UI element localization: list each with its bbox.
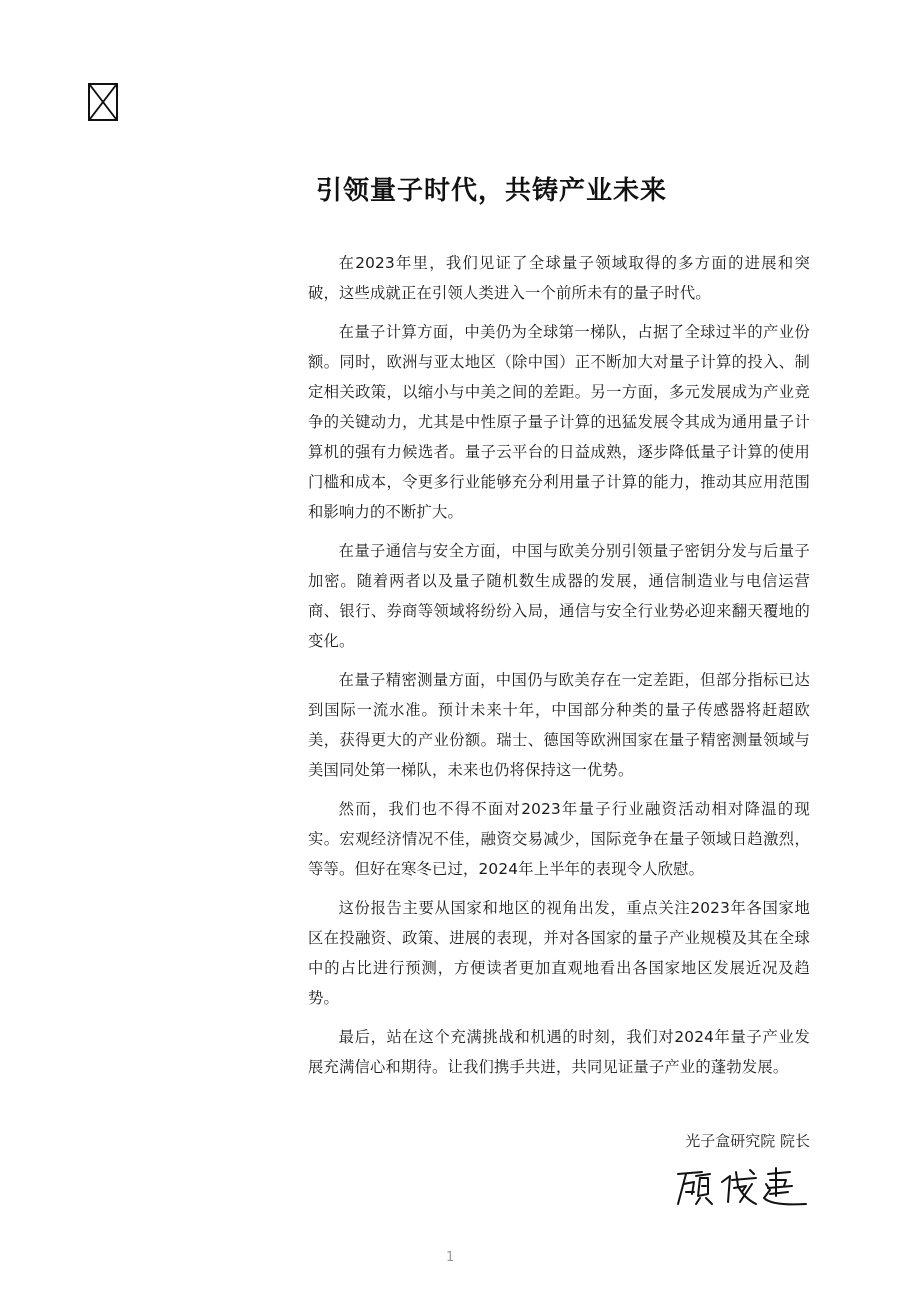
signoff-title: 光子盒研究院 院长 (685, 1130, 810, 1151)
paragraph-closing: 最后，站在这个充满挑战和机遇的时刻，我们对2024年量子产业发展充满信心和期待。… (308, 1022, 810, 1082)
page-number: 1 (446, 1250, 454, 1265)
paragraph-intro: 在2023年里，我们见证了全球量子领域取得的多方面的进展和突破，这些成就正在引领… (308, 248, 810, 308)
paragraph-quantum-computing: 在量子计算方面，中美仍为全球第一梯队，占据了全球过半的产业份额。同时，欧洲与亚太… (308, 317, 810, 527)
paragraph-quantum-metrology: 在量子精密测量方面，中国仍与欧美存在一定差距，但部分指标已达到国际一流水准。预计… (308, 665, 810, 785)
broken-image-icon (88, 83, 118, 121)
foreword-body: 在2023年里，我们见证了全球量子领域取得的多方面的进展和突破，这些成就正在引领… (308, 248, 810, 1091)
paragraph-report-scope: 这份报告主要从国家和地区的视角出发，重点关注2023年各国家地区在投融资、政策、… (308, 893, 810, 1013)
signature-image (672, 1162, 812, 1210)
page-title: 引领量子时代，共铸产业未来 (316, 170, 667, 207)
paragraph-quantum-communication: 在量子通信与安全方面，中国与欧美分别引领量子密钥分发与后量子加密。随着两者以及量… (308, 536, 810, 656)
paragraph-financing: 然而，我们也不得不面对2023年量子行业融资活动相对降温的现实。宏观经济情况不佳… (308, 794, 810, 884)
